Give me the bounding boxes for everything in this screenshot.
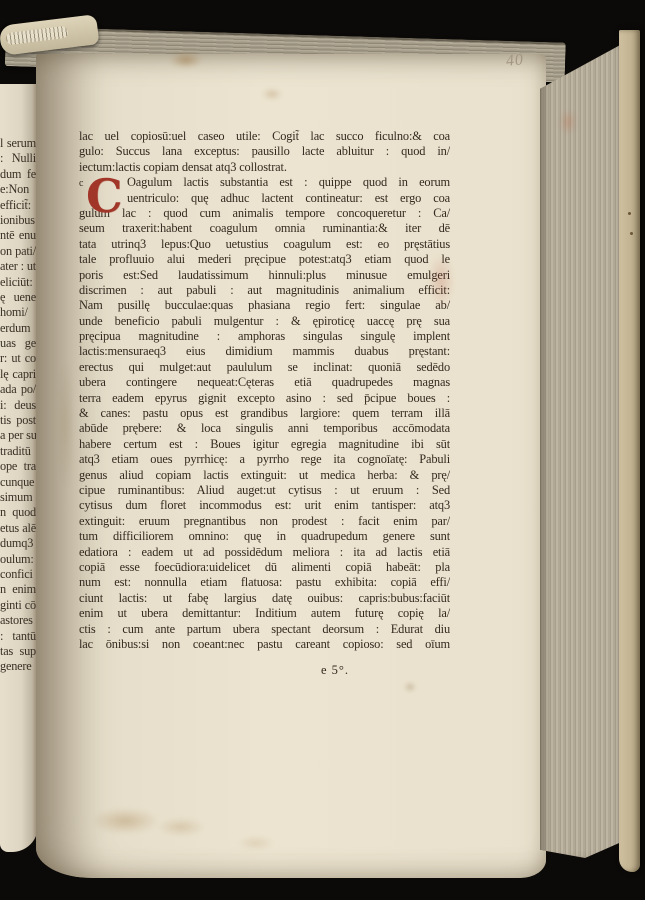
left-page-line-endings: l serum: Nullidum fee:Nonefficit̃:ionibu…: [0, 136, 37, 675]
body-lines: gulum lac : quod cum animalis tempore co…: [79, 206, 450, 652]
text-line: dum fe: [0, 167, 36, 182]
text-line: dumq3: [0, 536, 36, 551]
text-line: ciunt lactis: ut fabę largius datę ouibu…: [79, 591, 450, 606]
text-line: lę capri: [0, 367, 36, 382]
text-line: efficit̃:: [0, 198, 36, 213]
text-line: Nam pusillę bucculae:quas phasiana regio…: [79, 298, 450, 313]
text-line: & canes: pastu opus est grandibus largio…: [79, 406, 450, 421]
text-line: confici: [0, 567, 36, 582]
fore-edge-page-stack: [540, 44, 622, 858]
text-line: enim ut ubera demittantur: Inditium aute…: [79, 606, 450, 621]
text-line: extinguit: eruum pregnantibus non prodes…: [79, 514, 450, 529]
photo-background: { "folio": { "number": "40" }, "rubric":…: [0, 0, 645, 900]
text-line: seum traxerit:habent coagulum omnia rumi…: [79, 221, 450, 236]
text-line: ater : ut: [0, 259, 36, 274]
text-line: uentriculo: quę adhuc lactent contineatu…: [79, 191, 450, 206]
text-line: n enim: [0, 582, 36, 597]
text-line: ionibus: [0, 213, 36, 228]
text-line: edatiora : eadem ut ad possidēdum melior…: [79, 545, 450, 560]
cover-speck: [628, 212, 631, 215]
text-line: tata utrinq3 lepus:Quo uetustius coagulu…: [79, 237, 450, 252]
text-line: eliciūt:: [0, 275, 36, 290]
text-line: tis post: [0, 413, 36, 428]
text-line: ę uene: [0, 290, 36, 305]
text-line: terra eadem epyrus gignit excepto asino …: [79, 391, 450, 406]
text-line: astores: [0, 613, 36, 628]
text-line: i: deus: [0, 398, 36, 413]
text-line: on pati/: [0, 244, 36, 259]
text-line: uas ge: [0, 336, 36, 351]
text-line: num est: nonnulla etiam flatuosa: pastu …: [79, 575, 450, 590]
rubric-initial-letter: C: [86, 172, 122, 220]
paragraph-end-line: iectum:lactis copiam densat atq3 collost…: [79, 160, 450, 175]
text-line: tas sup: [0, 644, 36, 659]
text-line: lactis:mensuraeq3 eius dimidium mammis d…: [79, 344, 450, 359]
left-page-edge: l serum: Nullidum fee:Nonefficit̃:ionibu…: [0, 84, 38, 852]
text-line: pręcipua magnitudine : amphoras singulas…: [79, 329, 450, 344]
text-line: ubera contingere nequeat:Cęteras etiā qu…: [79, 375, 450, 390]
text-block: lac uel copiosū:uel caseo utile: Cogit̃ …: [79, 129, 450, 652]
text-line: tum difficiliorem omnino: quę in quadrup…: [79, 529, 450, 544]
text-line: : Nulli: [0, 151, 36, 166]
text-line: simum: [0, 490, 36, 505]
text-line: n quod: [0, 505, 36, 520]
text-line: etus alē: [0, 521, 36, 536]
text-line: : tantū: [0, 629, 36, 644]
rubricated-paragraph-start: C c Oagulum lactis substantia est : quip…: [79, 175, 450, 206]
text-line: habere certum est : Boues igitur egregia…: [79, 437, 450, 452]
text-line: abūde prębere: & loca singulis anni temp…: [79, 421, 450, 436]
text-line: Oagulum lactis substantia est : quippe q…: [79, 175, 450, 190]
text-line: gulo: Succus lana exceptus: pausillo lac…: [79, 144, 450, 159]
text-line: genus aliud copiam lactis extinguit: ut …: [79, 468, 450, 483]
text-line: homi/: [0, 305, 36, 320]
text-line: oulum:: [0, 552, 36, 567]
text-line: cunque: [0, 475, 36, 490]
text-line: lac ōnibus:si non coeant:nec pastu carea…: [79, 637, 450, 652]
text-line: copiā esse foecūdiora:uidelicet dū alime…: [79, 560, 450, 575]
text-line: gulum lac : quod cum animalis tempore co…: [79, 206, 450, 221]
text-line: ntē enu: [0, 228, 36, 243]
text-line: discrimen : aut pabuli : aut magnitudini…: [79, 283, 450, 298]
text-line: genere: [0, 659, 36, 674]
text-line: e:Non: [0, 182, 36, 197]
text-line: ctis : cum ante partum ubera spectant de…: [79, 622, 450, 637]
text-line: unde beneficio pabuli mulgentur : & ępir…: [79, 314, 450, 329]
text-line: erdum: [0, 321, 36, 336]
text-line: ginti cō: [0, 598, 36, 613]
text-line: r: ut co: [0, 351, 36, 366]
vellum-cover-edge: [619, 30, 640, 872]
text-line: traditū: [0, 444, 36, 459]
text-line: poris est:Sed laudatissimum hinnuli:plus…: [79, 268, 450, 283]
guide-letter: c: [79, 176, 83, 191]
text-line: atq3 etiam oues pyrrhicę: a pyrrho rege …: [79, 452, 450, 467]
text-line: a per su: [0, 428, 36, 443]
cover-speck: [630, 232, 633, 235]
text-line: tale profluuio alui mederi pręcipue pote…: [79, 252, 450, 267]
text-line: lac uel copiosū:uel caseo utile: Cogit̃ …: [79, 129, 450, 144]
folio-number: 40: [505, 51, 525, 71]
text-line: l serum: [0, 136, 36, 151]
text-line: erectus qui mulget:aut paululum se incli…: [79, 360, 450, 375]
text-line: cytisus dum floret incommodus est: urit …: [79, 498, 450, 513]
opening-lines: lac uel copiosū:uel caseo utile: Cogit̃ …: [79, 129, 450, 160]
quire-signature: e 5°.: [321, 663, 349, 678]
text-line: ada po/: [0, 382, 36, 397]
text-line: cipue ruminantibus: Aliud auget:ut cytis…: [79, 483, 450, 498]
text-line: ope tra: [0, 459, 36, 474]
